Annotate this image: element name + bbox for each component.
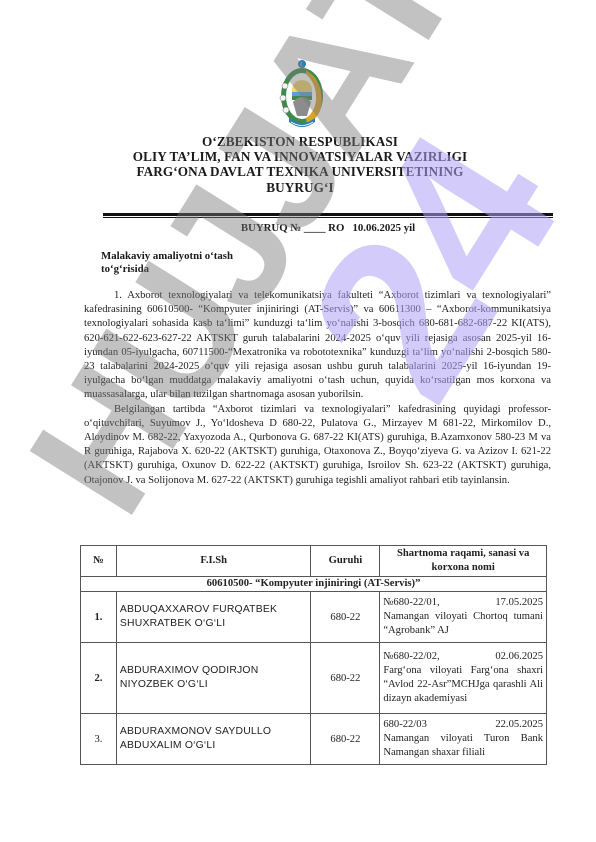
student-name: ABDUQAXXAROV FURQATBEK SHUXRATBEK O‘G‘LI xyxy=(116,592,311,643)
subject-line-1: Malakaviy amaliyotni o‘tash xyxy=(101,250,233,263)
table-section-row: 60610500- “Kompyuter injiniringi (AT-Ser… xyxy=(81,577,547,592)
students-table: № F.I.Sh Guruhi Shartnoma raqami, sanasi… xyxy=(80,545,547,765)
contract-date: 22.05.2025 xyxy=(495,718,543,732)
student-group: 680-22 xyxy=(311,643,380,714)
header-group: Guruhi xyxy=(311,546,380,577)
company-name: Namangan viloyati Chortoq tumani “Agroba… xyxy=(383,610,543,638)
contract-info: №680-22/01, 17.05.2025 Namangan viloyati… xyxy=(380,592,547,643)
contract-number: 680-22/03 xyxy=(383,718,427,732)
svg-text:☾: ☾ xyxy=(300,62,304,68)
header-number: № xyxy=(81,546,117,577)
state-emblem-icon: ☾ xyxy=(279,56,325,132)
subject-line-2: to‘g‘risida xyxy=(101,263,233,276)
document-page: ☾ O‘ZBEKISTON RESPUBLIKASI OLIY TA’LIM, … xyxy=(0,0,596,842)
organization-header: O‘ZBEKISTON RESPUBLIKASI OLIY TA’LIM, FA… xyxy=(100,134,500,195)
table-row: 2. ABDURAXIMOV QODIRJON NIYOZBEK O‘G‘LI … xyxy=(81,643,547,714)
section-title: 60610500- “Kompyuter injiniringi (AT-Ser… xyxy=(81,577,547,592)
header-divider-thin xyxy=(103,217,553,218)
body-paragraph-1: 1. Axborot texnologiyalari va telekomuni… xyxy=(84,289,551,403)
row-number: 3. xyxy=(81,714,117,765)
order-subject: Malakaviy amaliyotni o‘tash to‘g‘risida xyxy=(101,250,233,275)
contract-info: №680-22/02, 02.06.2025 Farg‘ona viloyati… xyxy=(380,643,547,714)
order-body: 1. Axborot texnologiyalari va telekomuni… xyxy=(84,289,551,488)
contract-date: 17.05.2025 xyxy=(495,596,543,610)
company-name: Namangan viloyati Turon Bank Namangan sh… xyxy=(383,732,543,760)
student-group: 680-22 xyxy=(311,592,380,643)
header-line-order-title: BUYRUG‘I xyxy=(100,180,500,195)
body-paragraph-2: Belgilangan tartibda “Axborot tizimlari … xyxy=(84,403,551,488)
header-line-university: FARG‘ONA DAVLAT TEXNIKA UNIVERSITETINING xyxy=(100,164,500,179)
header-contract: Shartnoma raqami, sanasi va korxona nomi xyxy=(380,546,547,577)
table-row: 3. ABDURAXMONOV SAYDULLO ABDUXALIM O‘G‘L… xyxy=(81,714,547,765)
contract-date: 02.06.2025 xyxy=(495,650,543,664)
contract-info: 680-22/03 22.05.2025 Namangan viloyati T… xyxy=(380,714,547,765)
student-name: ABDURAXMONOV SAYDULLO ABDUXALIM O‘G‘LI xyxy=(116,714,311,765)
header-line-republic: O‘ZBEKISTON RESPUBLIKASI xyxy=(100,134,500,149)
header-full-name: F.I.Sh xyxy=(116,546,311,577)
header-divider-thick xyxy=(103,213,553,216)
row-number: 1. xyxy=(81,592,117,643)
student-group: 680-22 xyxy=(311,714,380,765)
table-header-row: № F.I.Sh Guruhi Shartnoma raqami, sanasi… xyxy=(81,546,547,577)
header-line-ministry: OLIY TA’LIM, FAN VA INNOVATSIYALAR VAZIR… xyxy=(100,149,500,164)
row-number: 2. xyxy=(81,643,117,714)
company-name: Farg‘ona viloyati Farg‘ona shaxri “Avlod… xyxy=(383,664,543,706)
contract-number: №680-22/02, xyxy=(383,650,439,664)
contract-number: №680-22/01, xyxy=(383,596,439,610)
student-name: ABDURAXIMOV QODIRJON NIYOZBEK O‘G‘LI xyxy=(116,643,311,714)
order-number-date: BUYRUQ № ____ RO 10.06.2025 yil xyxy=(100,222,556,235)
table-row: 1. ABDUQAXXAROV FURQATBEK SHUXRATBEK O‘G… xyxy=(81,592,547,643)
